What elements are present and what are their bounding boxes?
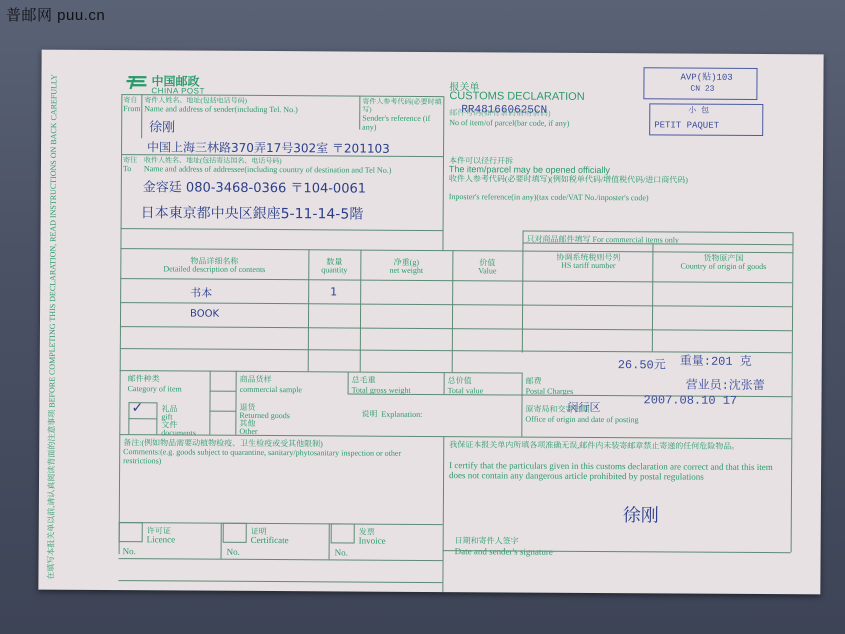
customs-declaration-form: 在填写本报关单以前,请认真阅读背面的注意事项 BEFORE COMPLETING…: [38, 50, 823, 595]
item-no-label-en: No of item/of parcel(bar code, if any): [449, 118, 569, 128]
form-code-stamp: AVP(贴)103 CN 23: [643, 67, 757, 100]
petit-paquet-stamp: 小 包 PETIT PAQUET: [649, 103, 763, 136]
invoice-checkbox[interactable]: [331, 523, 355, 543]
clerk-stamp: 营业员:沈张蕾: [686, 376, 765, 393]
title-en: CUSTOMS DECLARATION: [449, 90, 584, 103]
office-stamp: 闵行区: [567, 399, 600, 415]
china-post-logo-icon: [126, 75, 148, 89]
item-no-value: RR481660625CN: [461, 104, 547, 117]
postage-amount-stamp: 26.50元: [618, 355, 666, 372]
certificate-checkbox[interactable]: [223, 523, 247, 543]
row-1-quantity: 1: [330, 285, 337, 298]
row-2-description: BOOK: [190, 309, 219, 320]
date-stamp: 2007.08.10 17: [643, 393, 737, 408]
sender-name: 徐刚: [149, 116, 175, 135]
side-instruction: 在填写本报关单以前,请认真阅读背面的注意事项 BEFORE COMPLETING…: [46, 200, 66, 580]
sender-signature: 徐刚: [623, 501, 659, 527]
addressee-line1: 金容廷 080-3468-0366 〒104-0061: [143, 176, 366, 196]
gift-checkbox[interactable]: ✓: [131, 400, 143, 416]
site-watermark: 普邮网 puu.cn: [6, 4, 105, 25]
row-1-description: 书本: [190, 285, 212, 301]
addressee-line2: 日本東京都中央区銀座5-11-14-5階: [141, 202, 364, 223]
weight-stamp: 重量:201 克: [680, 352, 752, 369]
licence-checkbox[interactable]: [119, 522, 143, 542]
